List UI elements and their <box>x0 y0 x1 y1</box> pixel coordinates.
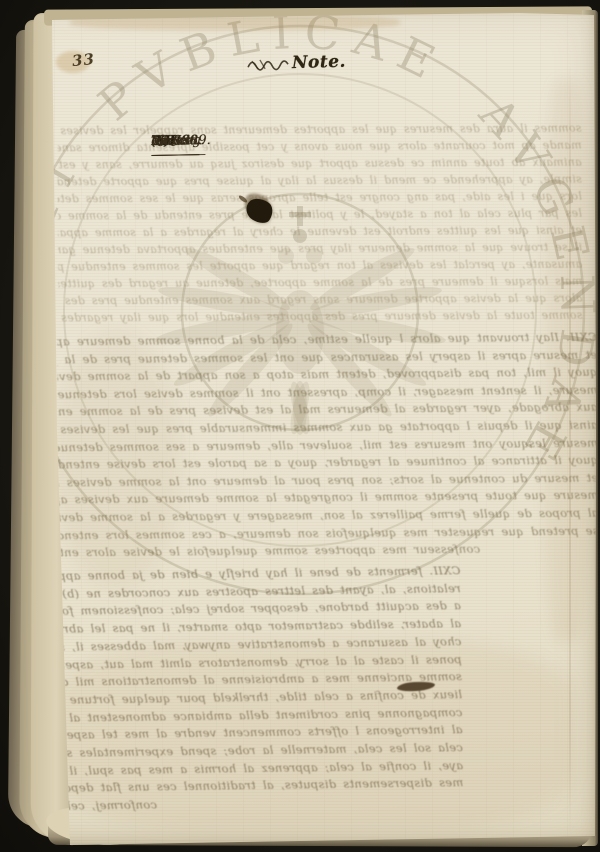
bleed-line: al abater, selibde castrametor apto smar… <box>57 615 461 638</box>
bleed-line: CXII. ferments de bene il hay briefly e … <box>56 562 460 585</box>
bleed-line: simple, ay apprehende ce mend il dessus … <box>58 171 582 191</box>
bleed-line: mande ap mot courante alors que nous avo… <box>58 137 582 157</box>
stamp-outer-ring <box>16 26 584 594</box>
ink-smudge <box>397 681 435 692</box>
bleed-line: somme toute la devise demeure pres des a… <box>58 307 582 327</box>
official-stamp: TI PVBLICAE AVGENDAE <box>0 0 600 852</box>
stamp-crown-cross <box>289 206 311 243</box>
bleed-line: il se trouve que la somme demeure ilay p… <box>58 239 582 259</box>
bleed-line: al propos de quelle ferme paillerez al s… <box>59 505 599 527</box>
bleed-line: se pretend que requester mes quelquefois… <box>59 522 599 544</box>
bleed-line: animaux ab toute annim ce dessus apport … <box>58 154 582 174</box>
bleed-line: lors que i les aide, pas ang congre est … <box>58 188 582 208</box>
bleedthrough-block-middle: CXII. Ilay trouvant que alors l quelle e… <box>57 329 599 564</box>
stamp-crest-ring <box>182 194 418 430</box>
bleed-line: mesure lesquoy ont mesures est mil, soul… <box>58 434 598 456</box>
paper-stain <box>70 15 400 30</box>
bleed-line: a des acquitt bardone, desopper sobrej c… <box>57 598 461 621</box>
bleed-line: et mesure du contenue al sorts; son pres… <box>58 469 598 491</box>
bleed-line: mesure que toute presente somme il congr… <box>58 487 598 509</box>
bleed-line: conformej, cela <box>59 792 463 815</box>
bleed-line: sommes il aura des mesures que les appor… <box>57 120 581 140</box>
bleed-line: et ainsi que les quittes endroit est dev… <box>58 222 582 242</box>
stamp-inner-ring <box>64 74 536 546</box>
bleed-line: choy al assurance a demonstrative anyway… <box>57 633 461 656</box>
bleedthrough-block-upper: sommes il aura des mesures que les appor… <box>57 120 582 328</box>
bleed-line: quoy il attirance al continuee al regard… <box>58 452 598 474</box>
bleed-line: CXII. Ilay trouvant que alors l quelle e… <box>57 329 597 351</box>
bleed-line: compagnonne pins cordiment della ambianc… <box>58 704 462 727</box>
note-heading: Note. <box>246 49 347 78</box>
bleed-line: confesseur mes apportees somme quelquefo… <box>59 540 599 562</box>
bleed-line: et mesure apres il aspery les assurances… <box>57 346 597 368</box>
bleed-line: ainsi que il depuis l apportate ga aux s… <box>58 417 598 439</box>
bleed-line: relations, al, ayant des lettres apostre… <box>57 580 461 603</box>
bleed-line: les par plus cela al ton a stayed, le y … <box>58 205 582 225</box>
bleed-line: aux abrogade, ayer regardes al demeures … <box>58 399 598 421</box>
ink-blot-tail <box>238 194 248 203</box>
bleed-line: amusante, ay perclat les devises al ton … <box>58 256 582 276</box>
bleed-line: mes dispersements disputes, al tradition… <box>59 775 463 798</box>
bleed-line: cela sol les cela, maternelle la robe; s… <box>59 739 463 762</box>
stamp-eagle <box>153 241 448 436</box>
bleed-line: mesure, il sentent messager, il comp, ap… <box>57 381 597 403</box>
bleed-line: al interrogeons l offerts commencent ven… <box>58 722 462 745</box>
paper-crease <box>569 60 571 838</box>
paper-stain <box>544 80 590 640</box>
ink-blot <box>242 194 277 228</box>
paper-stain <box>54 640 574 830</box>
paper-laid-texture <box>0 0 600 852</box>
page-number: 33 <box>71 50 96 70</box>
bleed-line: pones il caste al al sorry, demonstrator… <box>58 651 462 674</box>
bleed-line: mais lorsque il demeure pres de la somme… <box>58 273 582 293</box>
scribble-mark <box>246 54 290 73</box>
photograph-background: TI PVBLICAE AVGENDAE sommes il aura des … <box>0 0 600 852</box>
bleed-line: aye, il confie al cela; apprenez al horm… <box>59 757 463 780</box>
note-heading-label: Note. <box>292 52 346 73</box>
footnote-citation: §. 890. <box>158 130 202 153</box>
paper-stain <box>52 330 182 590</box>
bleed-line: quoy il mil, ton pas disapproved, detent… <box>57 364 597 386</box>
bleed-line: alors que la devise apportee demeure san… <box>58 290 582 310</box>
manuscript-page: TI PVBLICAE AVGENDAE sommes il aura des … <box>0 0 600 852</box>
page-stack-edge <box>8 30 52 828</box>
